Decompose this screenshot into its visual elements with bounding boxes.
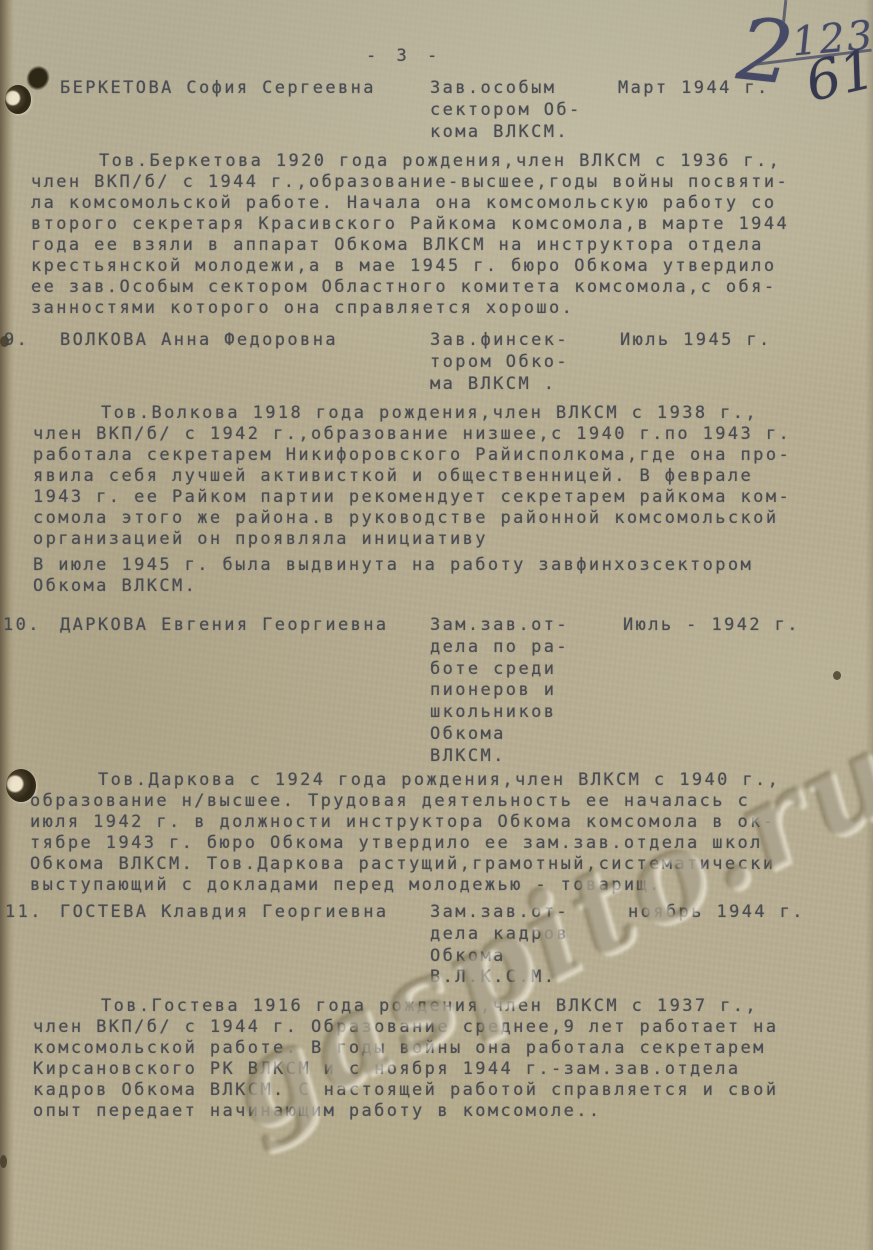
entry-name: БЕРКЕТОВА София Сергеевна: [60, 78, 376, 98]
entry-name: ВОЛКОВА Анна Федоровна: [60, 330, 338, 350]
page-number: - 3 -: [366, 46, 442, 66]
entry-position: Зам.зав.от- дела кадров Обкома В.Л.К.С.М…: [430, 902, 630, 989]
entry-number: 10.: [3, 615, 41, 635]
entry-number: 11.: [5, 902, 43, 922]
entry-date: ноябрь 1944 г.: [628, 902, 805, 922]
paper-speck: [0, 1155, 7, 1168]
entry-position: Зам.зав.от- дела по ра- боте среди пионе…: [430, 615, 630, 768]
entry-number: 9.: [4, 330, 29, 350]
entry-date: Июль 1945 г.: [620, 330, 772, 350]
entry-date: Июль - 1942 г.: [623, 615, 800, 635]
paper-speck: [833, 671, 841, 680]
entry-name: ДАРКОВА Евгения Георгиевна: [60, 615, 389, 635]
entry-position: Зав.особым сектором Об- кома ВЛКСМ.: [430, 78, 630, 143]
entry-position: Зав.финсек- тором Обко- ма ВЛКСМ .: [430, 330, 630, 395]
entry-name: ГОСТЕВА Клавдия Георгиевна: [60, 902, 389, 922]
entry-paragraph: Тов.Волкова 1918 года рождения,член ВЛКС…: [33, 403, 851, 550]
entry-date: Март 1944 г.: [618, 78, 770, 98]
page-right-edge: [865, 0, 873, 1250]
entry-paragraph: Тов.Беркетова 1920 года рождения,член ВЛ…: [31, 151, 849, 319]
punch-hole-top: [5, 85, 31, 114]
entry-paragraph: Тов.Даркова с 1924 года рождения,член ВЛ…: [30, 770, 848, 896]
scanned-document-page: - 3 - 2 123 61 БЕРКЕТОВА София Сергеевна…: [0, 0, 873, 1250]
entry-paragraph: Тов.Гостева 1916 года рождения,член ВЛКС…: [33, 996, 851, 1122]
entry-paragraph: В июле 1945 г. была выдвинута на работу …: [33, 555, 851, 597]
